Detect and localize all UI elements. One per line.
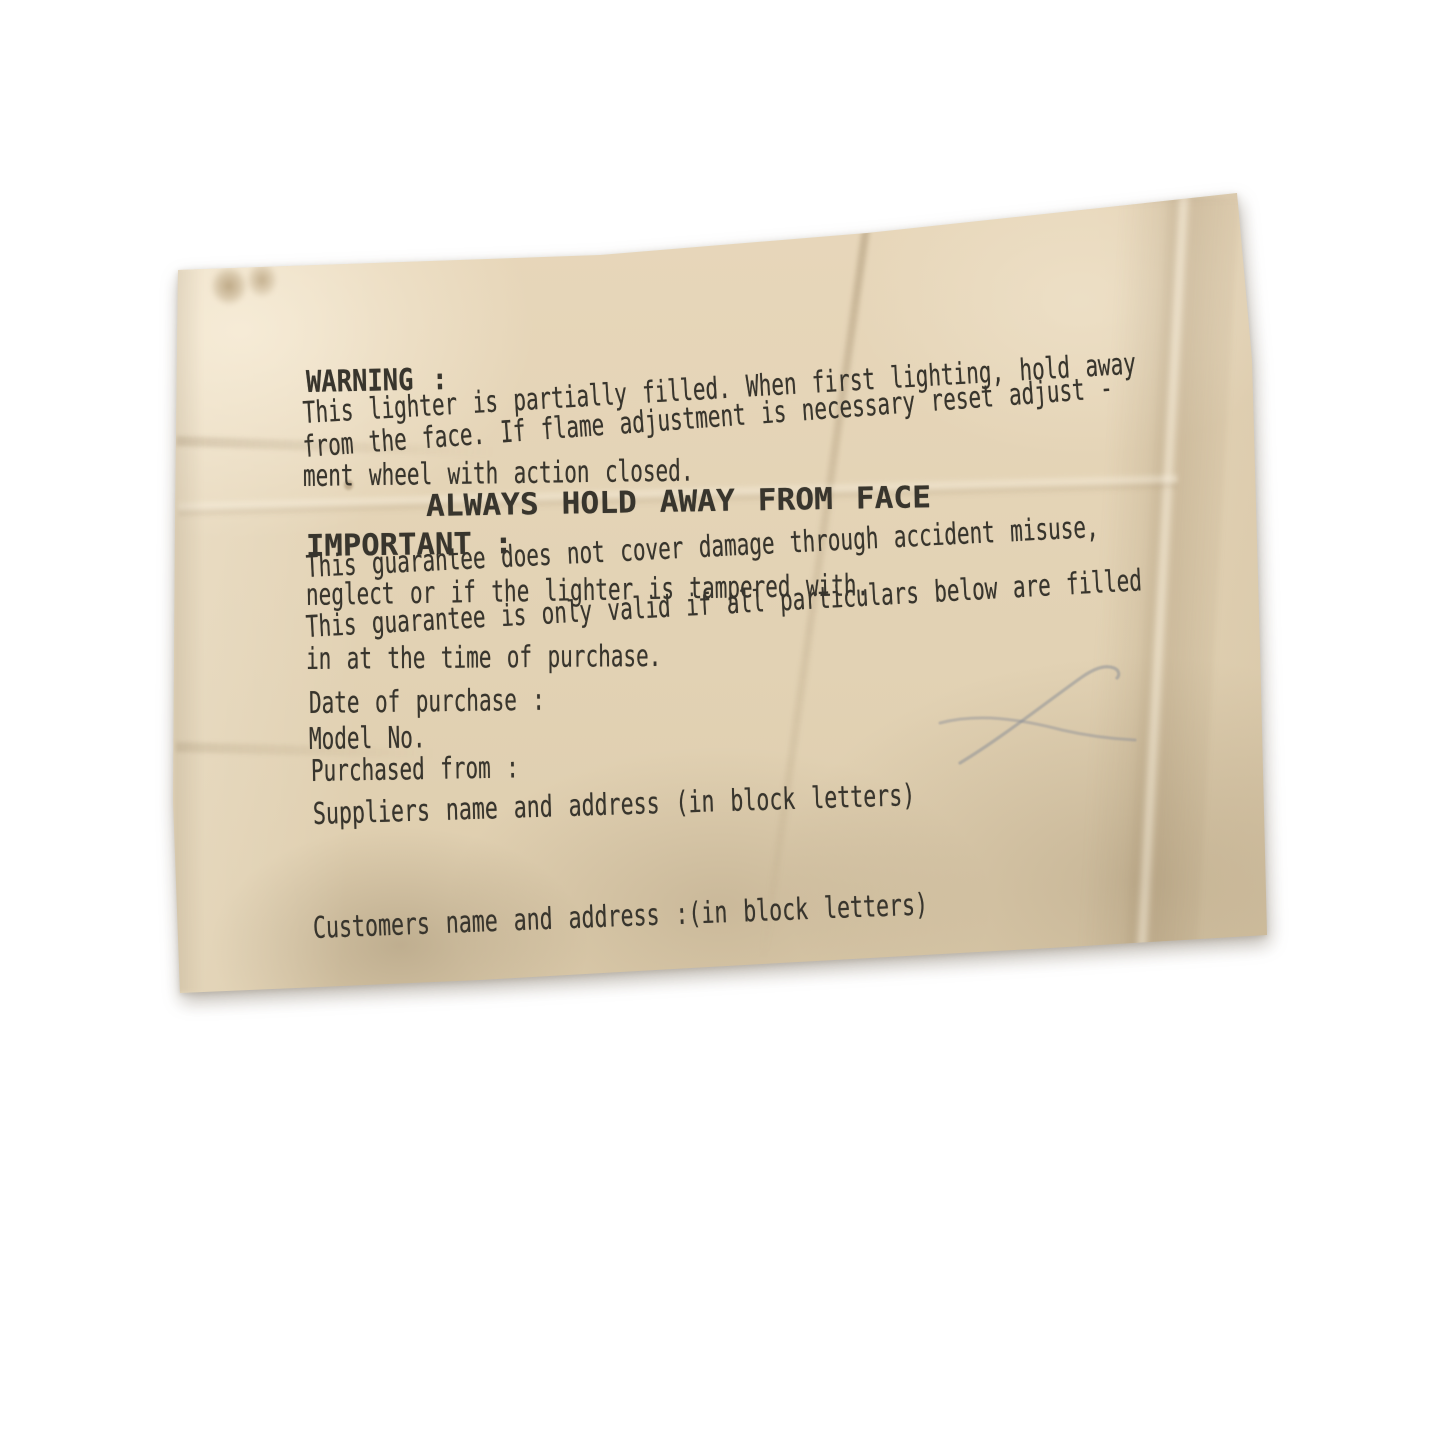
left-edge-shading — [173, 268, 203, 992]
stain-blot — [246, 262, 278, 298]
pencil-x-mark — [930, 645, 1145, 770]
field-customers-name-address: Customers name and address :(in block le… — [312, 890, 928, 944]
always-hold-away-notice: ALWAYS HOLD AWAY FROM FACE — [426, 483, 931, 522]
stain-blot — [210, 266, 248, 306]
guarantee-paper: WARNING : This lighter is partially fill… — [0, 0, 1445, 1445]
important-line: in at the time of purchase. — [306, 642, 662, 675]
field-model-no: Model No. — [309, 723, 426, 755]
photo-of-guarantee-leaflet: WARNING : This lighter is partially fill… — [0, 0, 1445, 1445]
field-suppliers-name-address: Suppliers name and address (in block let… — [313, 781, 916, 830]
paper-shadow-wrapper: WARNING : This lighter is partially fill… — [0, 0, 1445, 1445]
field-purchased-from: Purchased from : — [311, 753, 519, 787]
field-date-of-purchase: Date of purchase : — [309, 686, 545, 719]
top-edge-shading — [750, 177, 1251, 222]
